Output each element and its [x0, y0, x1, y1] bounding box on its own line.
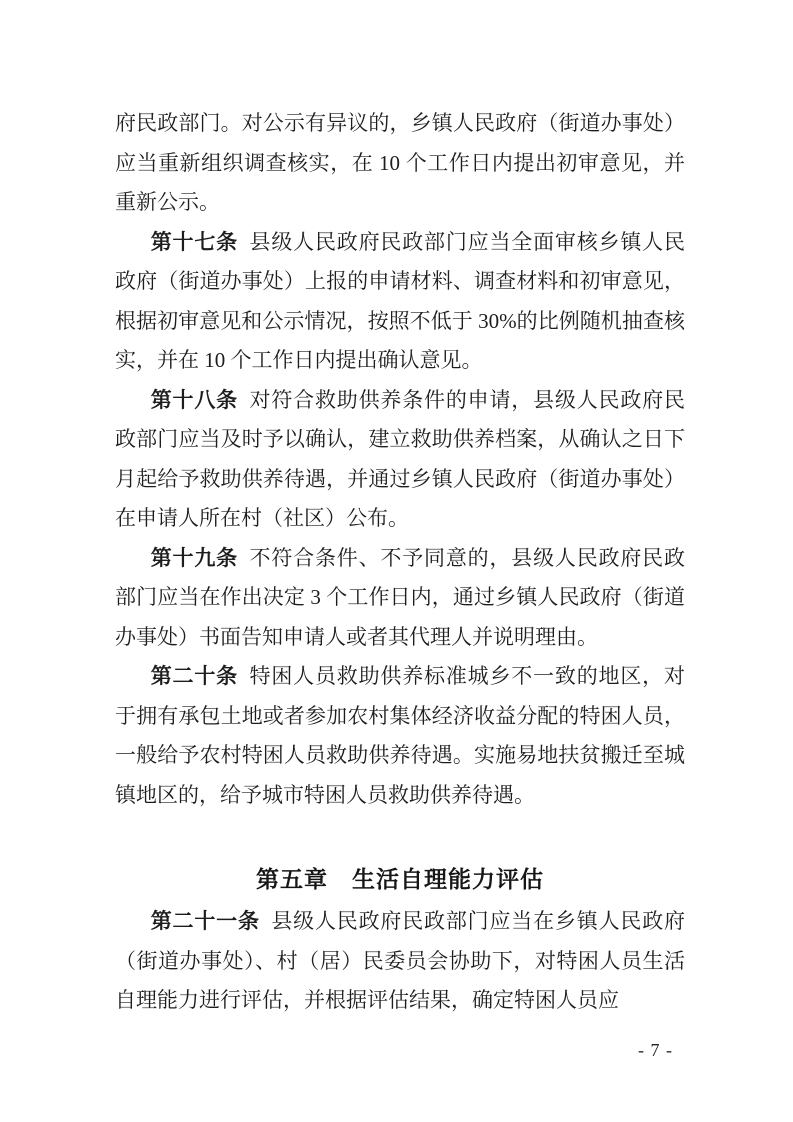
article-label: 第十八条: [151, 388, 238, 412]
paragraph: 第十八条对符合救助供养条件的申请，县级人民政府民政部门应当及时予以确认，建立救助…: [115, 381, 685, 539]
paragraph: 第十九条不符合条件、不予同意的，县级人民政府民政部门应当在作出决定 3 个工作日…: [115, 539, 685, 658]
article-label: 第十七条: [151, 230, 238, 254]
page-number: - 7 -: [638, 1040, 673, 1061]
paragraph: 府民政部门。对公示有异议的，乡镇人民政府（街道办事处）应当重新组织调查核实，在 …: [115, 104, 685, 223]
article-label: 第二十一条: [151, 909, 260, 933]
article-label: 第二十条: [151, 664, 238, 688]
paragraph: 第二十一条县级人民政府民政部门应当在乡镇人民政府（街道办事处）、村（居）民委员会…: [115, 902, 685, 1021]
document-content: 府民政部门。对公示有异议的，乡镇人民政府（街道办事处）应当重新组织调查核实，在 …: [115, 104, 685, 1021]
chapter-heading: 第五章 生活自理能力评估: [115, 859, 685, 899]
paragraph-text: 府民政部门。对公示有异议的，乡镇人民政府（街道办事处）应当重新组织调查核实，在 …: [115, 111, 685, 214]
document-page: 府民政部门。对公示有异议的，乡镇人民政府（街道办事处）应当重新组织调查核实，在 …: [0, 0, 793, 1122]
paragraph: 第二十条特困人员救助供养标准城乡不一致的地区，对于拥有承包土地或者参加农村集体经…: [115, 657, 685, 815]
paragraph: 第十七条县级人民政府民政部门应当全面审核乡镇人民政府（街道办事处）上报的申请材料…: [115, 223, 685, 381]
article-label: 第十九条: [151, 546, 238, 570]
